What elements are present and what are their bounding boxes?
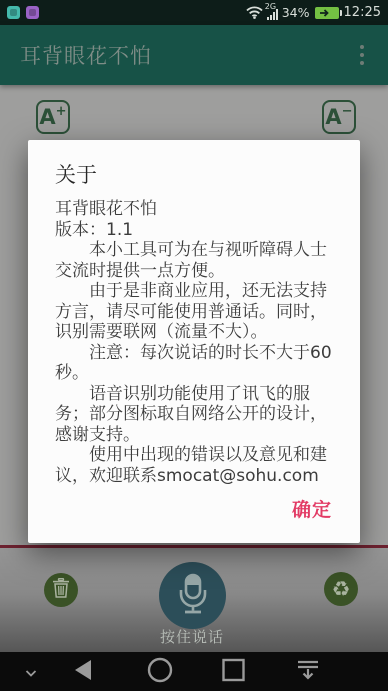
battery-icon [315, 7, 339, 19]
dialog-title: 关于 [28, 140, 360, 189]
home-button-icon[interactable] [147, 657, 173, 687]
notification-app-icon [7, 6, 20, 19]
microphone-icon [175, 573, 211, 619]
dialog-body-text: 耳背眼花不怕 版本：1.1 本小工具可为在与视听障碍人士交流时提供一点方便。 由… [28, 189, 360, 486]
signal-strength-icon: 2G [267, 5, 278, 20]
font-decrease-button[interactable]: A− [322, 100, 356, 134]
font-decrease-label: A [325, 107, 341, 128]
recycle-button[interactable]: ♻ [324, 572, 358, 606]
font-increase-label: A [39, 107, 55, 128]
app-bar: 耳背眼花不怕 [0, 25, 388, 85]
ok-button[interactable]: 确定 [286, 491, 338, 526]
trash-icon [52, 578, 70, 602]
back-button-icon[interactable] [72, 658, 94, 686]
push-to-talk-label: 按住说话 [122, 626, 262, 647]
app-title: 耳背眼花不怕 [20, 40, 152, 70]
hide-navbar-icon[interactable] [296, 659, 320, 685]
bottom-toolbar: ♻ 按住说话 [0, 548, 388, 652]
about-dialog: 关于 耳背眼花不怕 版本：1.1 本小工具可为在与视听障碍人士交流时提供一点方便… [28, 140, 360, 543]
recents-button-icon[interactable] [222, 658, 245, 685]
network-type-label: 2G [265, 3, 276, 11]
notification-app-icon [26, 6, 39, 19]
phone-screen: 2G 34% 12:25 耳背眼花不怕 A+ A− [0, 0, 388, 691]
push-to-talk-button[interactable] [159, 562, 226, 629]
status-bar: 2G 34% 12:25 [0, 0, 388, 25]
battery-percent: 34% [282, 5, 310, 20]
overflow-menu-icon[interactable] [356, 39, 368, 71]
font-increase-button[interactable]: A+ [36, 100, 70, 134]
clock: 12:25 [344, 5, 381, 20]
navigation-bar [0, 652, 388, 691]
wifi-icon [246, 6, 263, 19]
collapse-chevron-icon[interactable] [25, 662, 37, 681]
trash-button[interactable] [44, 573, 78, 607]
recycle-icon: ♻ [332, 579, 351, 600]
